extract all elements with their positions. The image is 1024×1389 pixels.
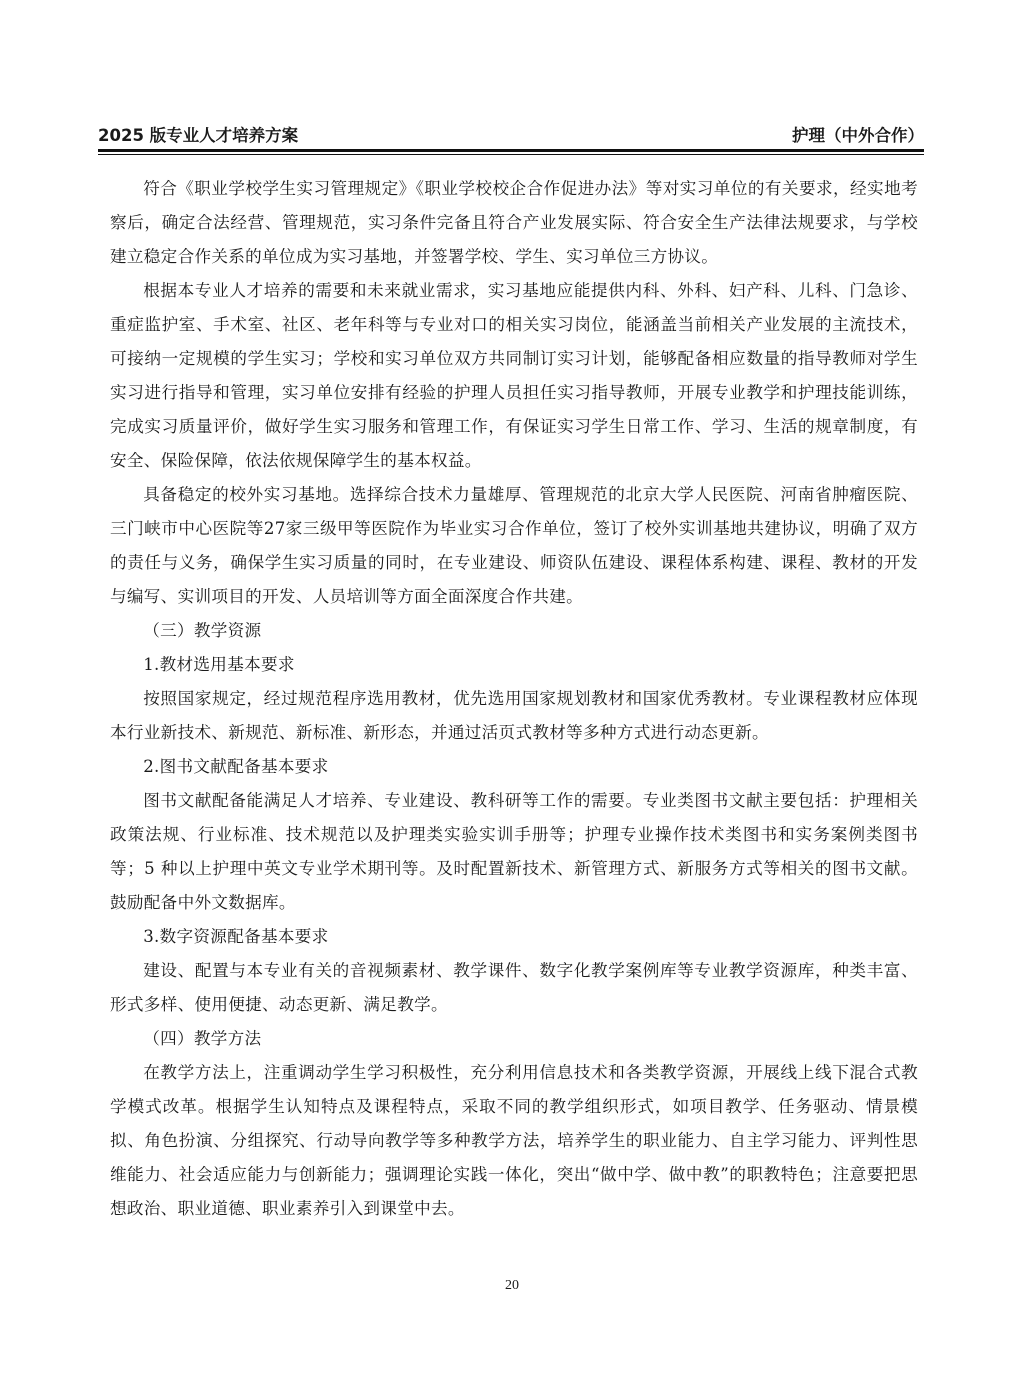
subheading-library-resources: 2.图书文献配备基本要求 [110, 750, 918, 784]
header-document-title: 2025 版专业人才培养方案 [98, 122, 298, 146]
paragraph-textbook-selection: 按照国家规定，经过规范程序选用教材，优先选用国家规划教材和国家优秀教材。专业课程… [110, 682, 918, 750]
page-header: 2025 版专业人才培养方案 护理（中外合作） [98, 122, 924, 146]
page-number: 20 [0, 1278, 1024, 1294]
paragraph-digital-resources: 建设、配置与本专业有关的音视频素材、教学课件、数字化教学案例库等专业教学资源库，… [110, 954, 918, 1022]
paragraph-library-resources: 图书文献配备能满足人才培养、专业建设、教科研等工作的需要。专业类图书文献主要包括… [110, 784, 918, 920]
subheading-textbook-selection: 1.教材选用基本要求 [110, 648, 918, 682]
subheading-digital-resources: 3.数字资源配备基本要求 [110, 920, 918, 954]
section-heading-teaching-methods: （四）教学方法 [110, 1022, 918, 1056]
paragraph-stable-bases: 具备稳定的校外实习基地。选择综合技术力量雄厚、管理规范的北京大学人民医院、河南省… [110, 478, 918, 614]
header-rule-thin [98, 154, 924, 155]
page-body: 符合《职业学校学生实习管理规定》《职业学校校企合作促进办法》等对实习单位的有关要… [110, 172, 918, 1226]
header-rule-thick [98, 149, 924, 152]
header-program-name: 护理（中外合作） [792, 122, 924, 146]
paragraph-teaching-methods: 在教学方法上，注重调动学生学习积极性，充分利用信息技术和各类教学资源，开展线上线… [110, 1056, 918, 1226]
section-heading-teaching-resources: （三）教学资源 [110, 614, 918, 648]
paragraph-internship-base-needs: 根据本专业人才培养的需要和未来就业需求，实习基地应能提供内科、外科、妇产科、儿科… [110, 274, 918, 478]
paragraph-internship-requirements: 符合《职业学校学生实习管理规定》《职业学校校企合作促进办法》等对实习单位的有关要… [110, 172, 918, 274]
